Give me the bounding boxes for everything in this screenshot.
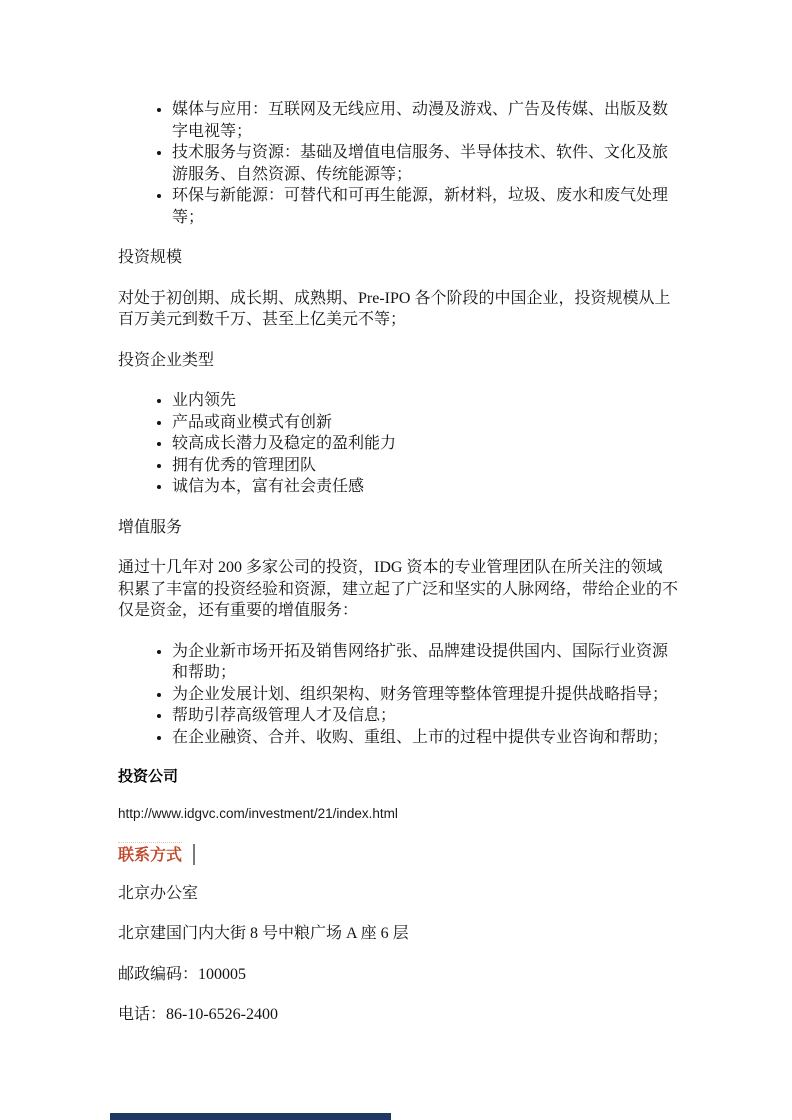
list-item: 业内领先 xyxy=(172,390,678,412)
list-item: 环保与新能源：可替代和可再生能源，新材料，垃圾、废水和废气处理等； xyxy=(172,185,678,228)
footer-navy-bar xyxy=(110,1113,391,1120)
section-heading-investment-scale: 投资规模 xyxy=(118,247,678,269)
company-types-list: 业内领先 产品或商业模式有创新 较高成长潜力及稳定的盈利能力 拥有优秀的管理团队… xyxy=(118,390,678,498)
list-item: 帮助引荐高级管理人才及信息； xyxy=(172,705,678,727)
focus-areas-list: 媒体与应用：互联网及无线应用、动漫及游戏、广告及传媒、出版及数字电视等； 技术服… xyxy=(118,99,678,228)
section-heading-company-types: 投资企业类型 xyxy=(118,350,678,372)
list-item: 诚信为本，富有社会责任感 xyxy=(172,476,678,498)
list-item: 较高成长潜力及稳定的盈利能力 xyxy=(172,433,678,455)
section-heading-value-added: 增值服务 xyxy=(118,517,678,539)
contact-office: 北京办公室 xyxy=(118,883,678,905)
list-item: 技术服务与资源：基础及增值电信服务、半导体技术、软件、文化及旅游服务、自然资源、… xyxy=(172,142,678,185)
contact-heading: 联系方式 xyxy=(118,842,182,867)
contact-address: 北京建国门内大街 8 号中粮广场 A 座 6 层 xyxy=(118,923,678,945)
list-item: 拥有优秀的管理团队 xyxy=(172,455,678,477)
investment-scale-paragraph: 对处于初创期、成长期、成熟期、Pre-IPO 各个阶段的中国企业，投资规模从上百… xyxy=(118,288,678,331)
contact-phone: 电话：86-10-6526-2400 xyxy=(118,1004,678,1026)
document-page: 媒体与应用：互联网及无线应用、动漫及游戏、广告及传媒、出版及数字电视等； 技术服… xyxy=(0,0,792,1120)
value-added-list: 为企业新市场开拓及销售网络扩张、品牌建设提供国内、国际行业资源和帮助； 为企业发… xyxy=(118,641,678,749)
list-item: 产品或商业模式有创新 xyxy=(172,412,678,434)
investment-company-heading: 投资公司 xyxy=(118,767,678,786)
text-cursor-bar xyxy=(193,844,195,865)
contact-postal-code: 邮政编码：100005 xyxy=(118,964,678,986)
list-item: 媒体与应用：互联网及无线应用、动漫及游戏、广告及传媒、出版及数字电视等； xyxy=(172,99,678,142)
value-added-paragraph: 通过十几年对 200 多家公司的投资，IDG 资本的专业管理团队在所关注的领域积… xyxy=(118,557,678,622)
list-item: 为企业发展计划、组织架构、财务管理等整体管理提升提供战略指导； xyxy=(172,684,678,706)
document-content: 媒体与应用：互联网及无线应用、动漫及游戏、广告及传媒、出版及数字电视等； 技术服… xyxy=(118,99,678,1045)
contact-section-header: 联系方式 xyxy=(118,842,678,867)
list-item: 为企业新市场开拓及销售网络扩张、品牌建设提供国内、国际行业资源和帮助； xyxy=(172,641,678,684)
investment-company-url: http://www.idgvc.com/investment/21/index… xyxy=(118,805,678,823)
list-item: 在企业融资、合并、收购、重组、上市的过程中提供专业咨询和帮助； xyxy=(172,727,678,749)
